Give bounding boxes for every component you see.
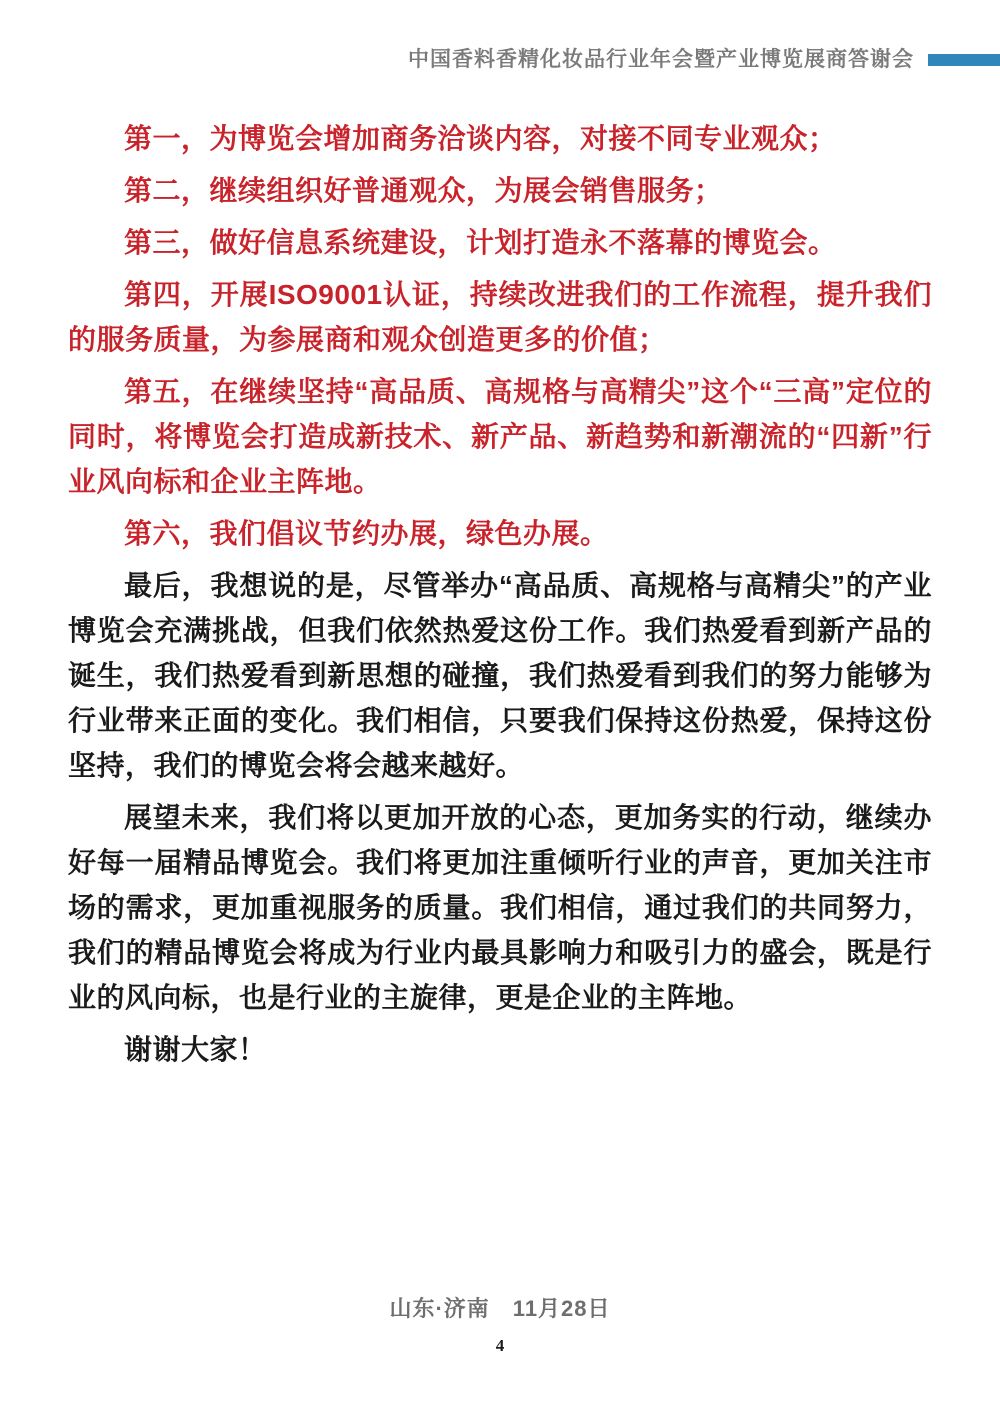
body-paragraph: 第三，做好信息系统建设，计划打造永不落幕的博览会。: [68, 220, 932, 265]
header-title: 中国香料香精化妆品行业年会暨产业博览展商答谢会: [408, 46, 914, 74]
body-paragraph: 第四，开展ISO9001认证，持续改进我们的工作流程，提升我们的服务质量，为参展…: [68, 272, 932, 362]
page-header: 中国香料香精化妆品行业年会暨产业博览展商答谢会: [0, 46, 1000, 74]
body-paragraph: 展望未来，我们将以更加开放的心态，更加务实的行动，继续办好每一届精品博览会。我们…: [68, 795, 932, 1020]
footer-location-date: 山东·济南 11月28日: [0, 1292, 1000, 1323]
document-body: 第一，为博览会增加商务洽谈内容，对接不同专业观众；第二，继续组织好普通观众，为展…: [68, 116, 932, 1079]
header-accent-bar: [928, 54, 1000, 66]
body-paragraph: 第五，在继续坚持“高品质、高规格与高精尖”这个“三高”定位的同时，将博览会打造成…: [68, 369, 932, 504]
body-paragraph: 第二，继续组织好普通观众，为展会销售服务；: [68, 168, 932, 213]
body-paragraph: 最后，我想说的是，尽管举办“高品质、高规格与高精尖”的产业博览会充满挑战，但我们…: [68, 563, 932, 788]
body-paragraph: 第六，我们倡议节约办展，绿色办展。: [68, 511, 932, 556]
body-paragraph: 第一，为博览会增加商务洽谈内容，对接不同专业观众；: [68, 116, 932, 161]
page-number: 4: [0, 1336, 1000, 1356]
body-paragraph: 谢谢大家！: [68, 1027, 932, 1072]
document-page: 中国香料香精化妆品行业年会暨产业博览展商答谢会 第一，为博览会增加商务洽谈内容，…: [0, 0, 1000, 1414]
